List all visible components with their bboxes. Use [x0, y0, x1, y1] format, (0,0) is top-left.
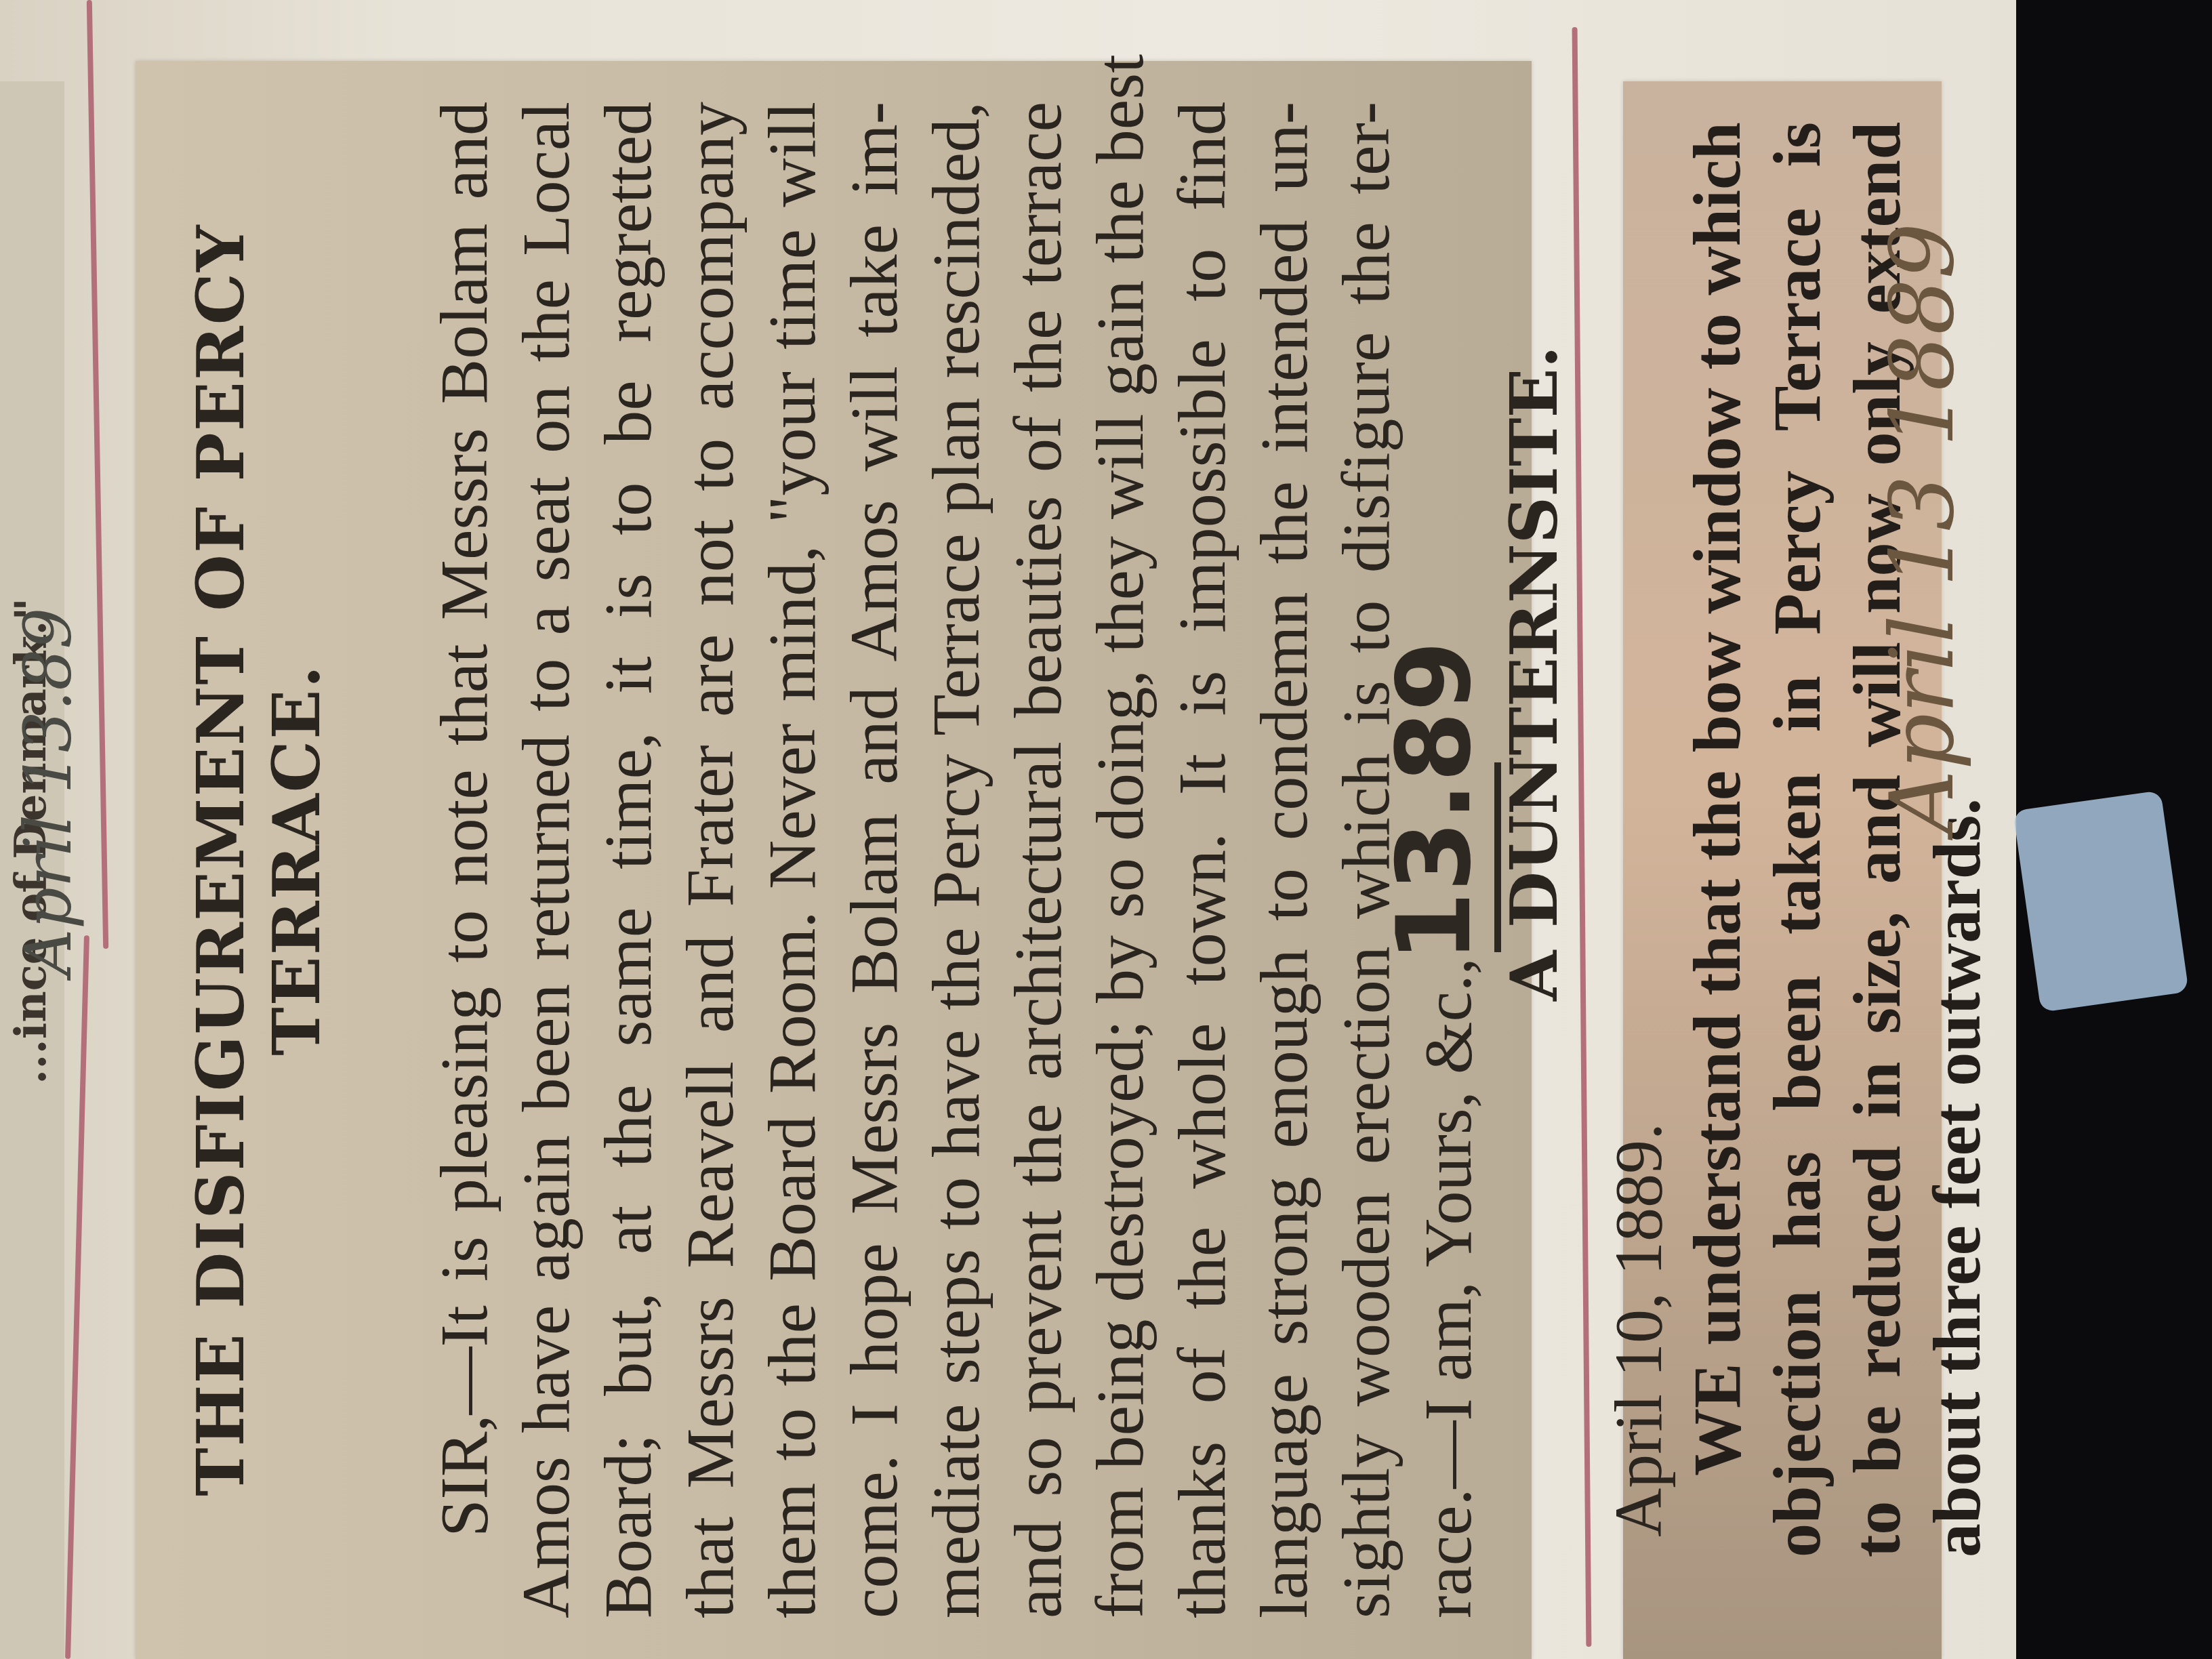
signature-row: A DUNTERNSITE. [1496, 102, 1572, 1618]
body-line: WE understand that the bow window to whi… [1677, 122, 1757, 1557]
body-line: them to the Board Room. Never mind, "you… [751, 102, 833, 1618]
body-line: that Messrs Reavell and Frater are not t… [669, 102, 751, 1618]
handwritten-top-date: April 13.89 [0, 380, 75, 989]
headline: THE DISFIGUREMENT OF PERCY TERRACE. [183, 102, 335, 1618]
handwritten-annotation: 13.89 [1376, 641, 1494, 962]
handwritten-date: April 13 1889 [1870, 223, 1973, 834]
body-line: from being destroyed; by so doing, they … [1079, 102, 1161, 1618]
body-line: Amos have again been returned to a seat … [505, 102, 587, 1618]
body-line: come. I hope Messrs Bolam and Amos will … [833, 102, 915, 1618]
body-line: language strong enough to condemn the in… [1243, 102, 1325, 1618]
blue-cloth [2013, 790, 2189, 1012]
signature: A DUNTERNSITE. [1496, 102, 1572, 1001]
body-line: thanks of the whole town. It is impossib… [1161, 102, 1243, 1618]
body-line: and so prevent the architectural beautie… [997, 102, 1079, 1618]
letter-body: SIR,—It is pleasing to note that Messrs … [423, 102, 1489, 1618]
body-line: SIR,—It is pleasing to note that Messrs … [423, 102, 505, 1618]
main-clipping-content: THE DISFIGUREMENT OF PERCY TERRACE. SIR,… [136, 61, 1532, 1659]
body-line: Board; but, at the same time, it is to b… [587, 102, 669, 1618]
body-line: objection has been taken in Percy Terrac… [1757, 122, 1837, 1557]
handwritten-underline [1494, 762, 1501, 952]
body-line: mediate steps to have the Percy Terrace … [915, 102, 997, 1618]
